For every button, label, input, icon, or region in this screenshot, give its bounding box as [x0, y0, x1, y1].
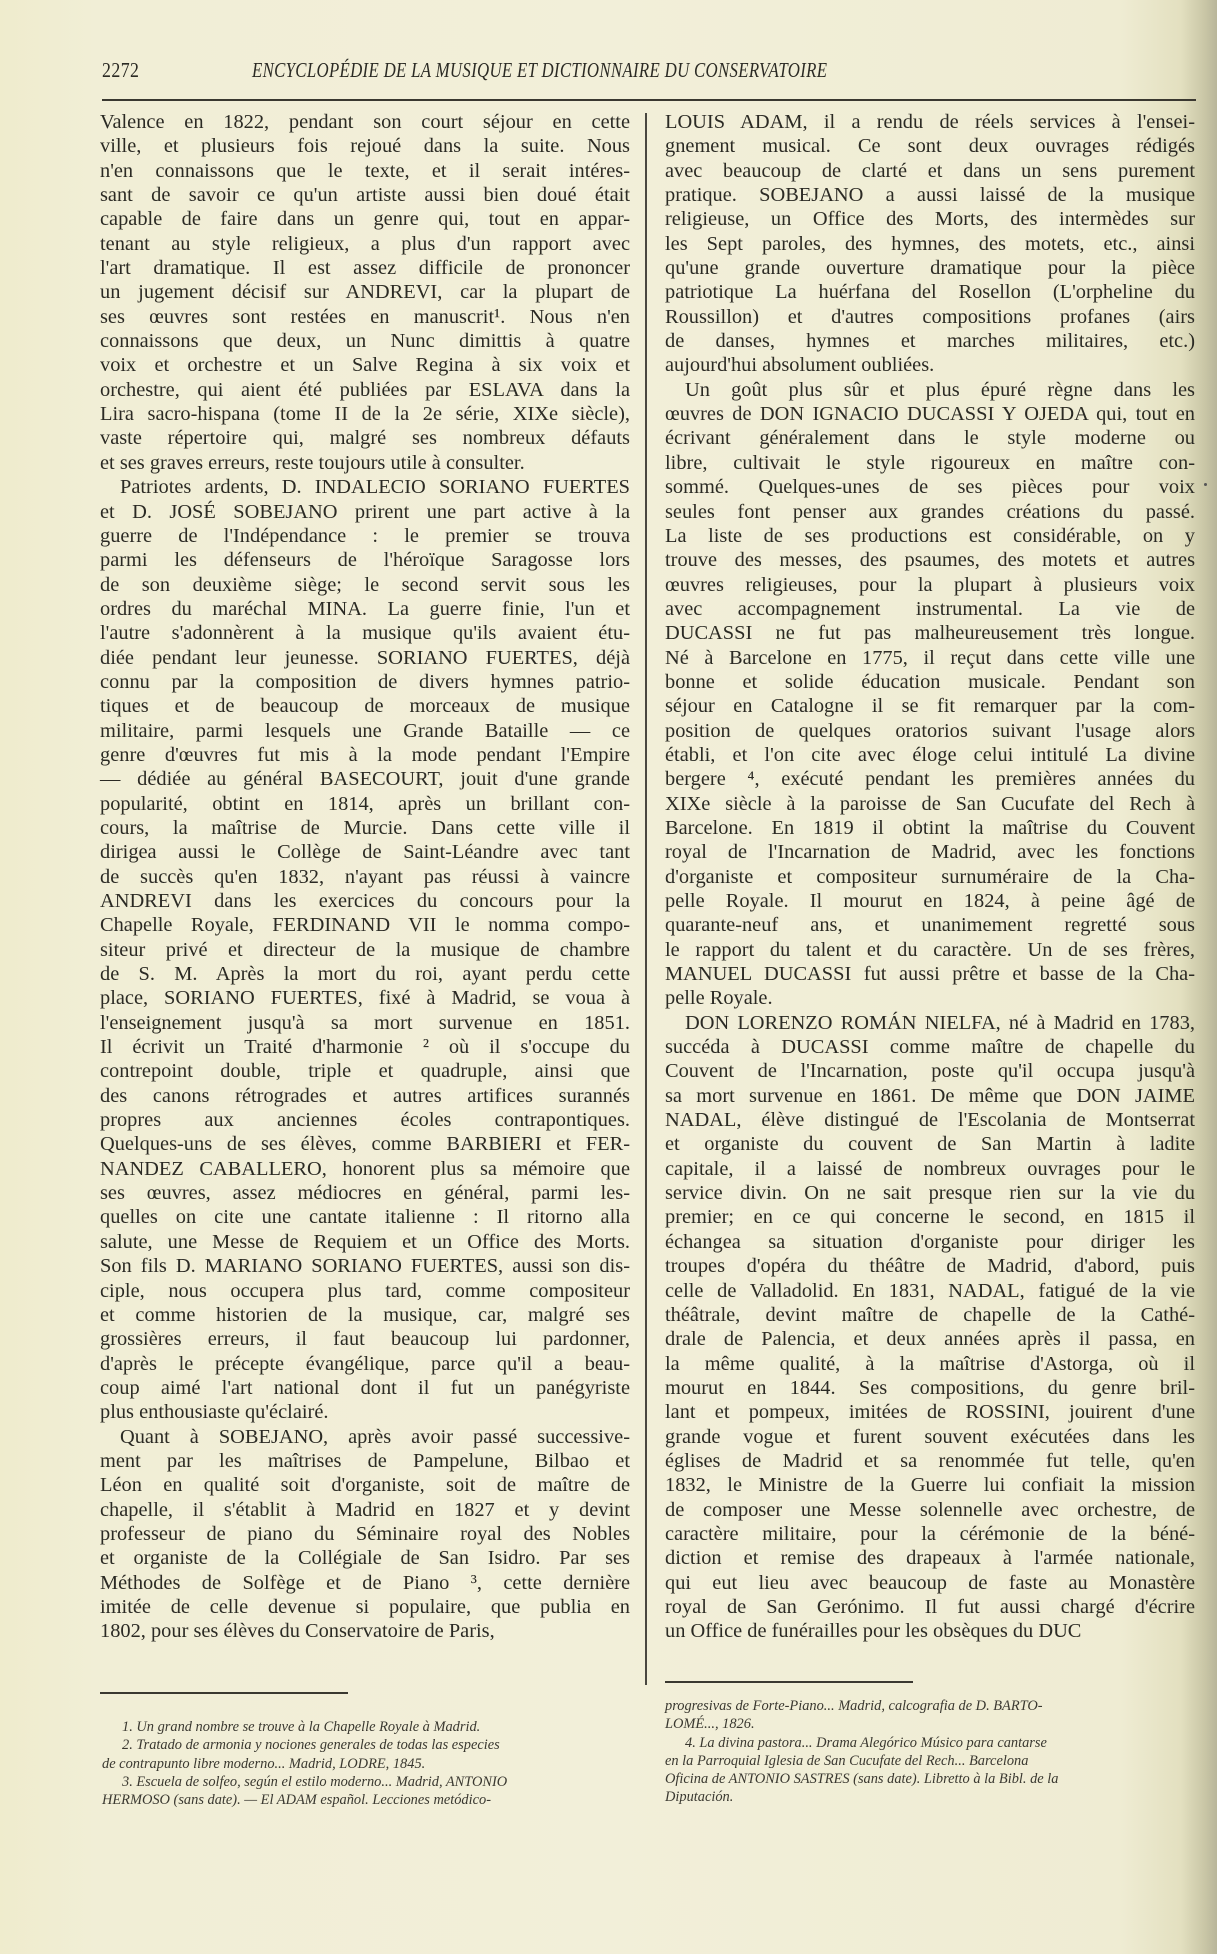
- text-line: Lira sacro-hispana (tome II de la 2e sér…: [100, 402, 630, 426]
- text-line: cours, la maîtrise de Murcie. Dans cette…: [100, 816, 630, 840]
- text-line: établi, et l'on cite avec éloge celui in…: [665, 743, 1195, 767]
- text-line: d'après le précepte évangélique, parce q…: [100, 1352, 630, 1376]
- text-line: orchestre, qui aient été publiées par ES…: [100, 378, 630, 402]
- text-line: de danses, hymnes et marches militaires,…: [665, 329, 1195, 353]
- text-line: premier; en ce qui concerne le second, e…: [665, 1205, 1195, 1229]
- text-line: royal de l'Incarnation de Madrid, avec l…: [665, 840, 1195, 864]
- text-line: ordres du maréchal MINA. La guerre finie…: [100, 597, 630, 621]
- footnote-line: 3. Escuela de solfeo, según el estilo mo…: [102, 1773, 622, 1791]
- text-line: écrivant généralement dans le style mode…: [665, 426, 1195, 450]
- text-line: bergere ⁴, exécuté pendant les premières…: [665, 767, 1195, 791]
- header-rule: [102, 99, 1196, 101]
- text-line: imitée de celle devenue si populaire, qu…: [100, 1595, 630, 1619]
- text-line: grossières erreurs, il faut beaucoup lui…: [100, 1327, 630, 1351]
- text-line: militaire, parmi lesquels une Grande Bat…: [100, 719, 630, 743]
- footnote-line: 2. Tratado de armonia y nociones general…: [102, 1736, 622, 1754]
- text-line: œuvres religieuses, pour la plupart à pl…: [665, 573, 1195, 597]
- text-line: quarante-neuf ans, et unanimement regret…: [665, 913, 1195, 937]
- text-line: Méthodes de Solfège et de Piano ³, cette…: [100, 1571, 630, 1595]
- footnote-rule-left: [100, 1692, 348, 1694]
- text-line: drale de Palencia, et deux années après …: [665, 1327, 1195, 1351]
- text-line: sa mort survenue en 1861. De même que DO…: [665, 1084, 1195, 1108]
- text-line: ses œuvres sont restées en manuscrit¹. N…: [100, 305, 630, 329]
- footnote-line: 1. Un grand nombre se trouve à la Chapel…: [102, 1718, 622, 1736]
- text-line: celle de Valladolid. En 1831, NADAL, fat…: [665, 1279, 1195, 1303]
- text-line: églises de Madrid et sa renommée fut tel…: [665, 1449, 1195, 1473]
- text-line: avec beaucoup de clarté et dans un sens …: [665, 159, 1195, 183]
- text-line: tenant au style religieux, a plus d'un r…: [100, 232, 630, 256]
- text-line: contrepoint double, triple et quadruple,…: [100, 1059, 630, 1083]
- text-line: de succès qu'en 1832, n'ayant pas réussi…: [100, 865, 630, 889]
- text-line: LOUIS ADAM, il a rendu de réels services…: [665, 110, 1195, 134]
- text-line: mourut en 1844. Ses compositions, du gen…: [665, 1376, 1195, 1400]
- text-line: pelle Royale. Il mourut en 1824, à peine…: [665, 889, 1195, 913]
- text-line: œuvres de DON IGNACIO DUCASSI Y OJEDA qu…: [665, 402, 1195, 426]
- text-line: quelles on cite une cantate italienne : …: [100, 1205, 630, 1229]
- text-line: professeur de piano du Séminaire royal d…: [100, 1522, 630, 1546]
- text-line: de son deuxième siège; le second servit …: [100, 573, 630, 597]
- text-line: ses œuvres, assez médiocres en général, …: [100, 1181, 630, 1205]
- text-line: théâtrale, devint maître de chapelle de …: [665, 1303, 1195, 1327]
- text-line: et comme historien de la musique, car, m…: [100, 1303, 630, 1327]
- margin-speck: [1204, 483, 1207, 486]
- text-line: religieuse, un Office des Morts, des int…: [665, 207, 1195, 231]
- text-line: Son fils D. MARIANO SORIANO FUERTES, aus…: [100, 1254, 630, 1278]
- text-line: ciple, nous occupera plus tard, comme co…: [100, 1279, 630, 1303]
- text-line: connaissons que deux, un Nunc dimittis à…: [100, 329, 630, 353]
- text-line: salute, une Messe de Requiem et un Offic…: [100, 1230, 630, 1254]
- text-line: tiques et de beaucoup de morceaux de mus…: [100, 694, 630, 718]
- footnote-rule-right: [665, 1681, 913, 1683]
- text-line: Barcelone. En 1819 il obtint la maîtrise…: [665, 816, 1195, 840]
- left-column: Valence en 1822, pendant son court séjou…: [100, 110, 630, 1644]
- text-line: d'organiste et compositeur surnuméraire …: [665, 865, 1195, 889]
- text-line: vaste répertoire qui, malgré ses nombreu…: [100, 426, 630, 450]
- footnotes-left: 1. Un grand nombre se trouve à la Chapel…: [102, 1718, 622, 1809]
- text-line: place, SORIANO FUERTES, fixé à Madrid, s…: [100, 986, 630, 1010]
- text-line: grande vogue et furent souvent exécutées…: [665, 1425, 1195, 1449]
- text-line: 1802, pour ses élèves du Conservatoire d…: [100, 1619, 630, 1643]
- footnote-line: progresivas de Forte-Piano... Madrid, ca…: [665, 1697, 1185, 1715]
- text-line: popularité, obtint en 1814, après un bri…: [100, 792, 630, 816]
- text-line: dirigea aussi le Collège de Saint-Léandr…: [100, 840, 630, 864]
- text-line: les Sept paroles, des hymnes, des motets…: [665, 232, 1195, 256]
- text-line: Quant à SOBEJANO, après avoir passé succ…: [100, 1425, 630, 1449]
- text-line: un Office de funérailles pour les obsèqu…: [665, 1619, 1195, 1643]
- text-line: DON LORENZO ROMÁN NIELFA, né à Madrid en…: [665, 1011, 1195, 1035]
- text-line: coup aimé l'art national dont il fut un …: [100, 1376, 630, 1400]
- text-line: La liste de ses productions est considér…: [665, 524, 1195, 548]
- footnote-line: Oficina de ANTONIO SASTRES (sans date). …: [665, 1770, 1185, 1788]
- text-line: service divin. On ne sait presque rien s…: [665, 1181, 1195, 1205]
- footnote-line: de contrapunto libre moderno... Madrid, …: [102, 1755, 622, 1773]
- running-head-title: ENCYCLOPÉDIE DE LA MUSIQUE ET DICTIONNAI…: [252, 58, 827, 83]
- text-line: le rapport du talent et du caractère. Un…: [665, 938, 1195, 962]
- text-line: Chapelle Royale, FERDINAND VII le nomma …: [100, 913, 630, 937]
- text-line: Valence en 1822, pendant son court séjou…: [100, 110, 630, 134]
- footnote-line: en la Parroquial Iglesia de San Cucufate…: [665, 1752, 1185, 1770]
- text-line: Né à Barcelone en 1775, il reçut dans ce…: [665, 646, 1195, 670]
- text-line: sommé. Quelques-unes de ses pièces pour …: [665, 475, 1195, 499]
- text-line: pelle Royale.: [665, 986, 1195, 1010]
- text-line: Roussillon) et d'autres compositions pro…: [665, 305, 1195, 329]
- text-line: l'autre s'adonnèrent à la musique qu'ils…: [100, 621, 630, 645]
- text-line: pratique. SOBEJANO a aussi laissé de la …: [665, 183, 1195, 207]
- text-line: n'en connaissons que le texte, et il ser…: [100, 159, 630, 183]
- text-line: succéda à DUCASSI comme maître de chapel…: [665, 1035, 1195, 1059]
- text-line: siteur privé et directeur de la musique …: [100, 938, 630, 962]
- text-line: Léon en qualité soit d'organiste, soit d…: [100, 1473, 630, 1497]
- text-line: avec accompagnement instrumental. La vie…: [665, 597, 1195, 621]
- text-line: la même qualité, à la maîtrise d'Astorga…: [665, 1352, 1195, 1376]
- text-line: aujourd'hui absolument oubliées.: [665, 353, 1195, 377]
- text-line: diction et remise des drapeaux à l'armée…: [665, 1546, 1195, 1570]
- footnote-line: 4. La divina pastora... Drama Alegórico …: [665, 1734, 1185, 1752]
- text-line: parmi les défenseurs de l'héroïque Sarag…: [100, 548, 630, 572]
- text-line: position de quelques oratorios suivant l…: [665, 719, 1195, 743]
- footnote-line: HERMOSO (sans date). — El ADAM español. …: [102, 1791, 622, 1809]
- text-line: NANDEZ CABALLERO, honorent plus sa mémoi…: [100, 1157, 630, 1181]
- text-line: échangea sa situation d'organiste pour d…: [665, 1230, 1195, 1254]
- text-line: sant de savoir ce qu'un artiste aussi bi…: [100, 183, 630, 207]
- text-line: séjour en Catalogne il se fit remarquer …: [665, 694, 1195, 718]
- text-line: de composer une Messe solennelle avec or…: [665, 1498, 1195, 1522]
- text-line: lant et pompeux, imitées de ROSSINI, jou…: [665, 1400, 1195, 1424]
- text-line: DUCASSI ne fut pas malheureusement très …: [665, 621, 1195, 645]
- text-line: l'art dramatique. Il est assez difficile…: [100, 256, 630, 280]
- text-line: Couvent de l'Incarnation, poste qu'il oc…: [665, 1059, 1195, 1083]
- text-line: seules font penser aux grandes créations…: [665, 500, 1195, 524]
- text-line: guerre de l'Indépendance : le premier se…: [100, 524, 630, 548]
- text-line: et ses graves erreurs, reste toujours ut…: [100, 451, 630, 475]
- text-line: 1832, le Ministre de la Guerre lui confi…: [665, 1473, 1195, 1497]
- text-line: troupes d'opéra du théâtre de Madrid, d'…: [665, 1254, 1195, 1278]
- text-line: NADAL, élève distingué de l'Escolania de…: [665, 1108, 1195, 1132]
- text-line: capitale, il a laissé de nombreux ouvrag…: [665, 1157, 1195, 1181]
- text-line: ville, et plusieurs fois rejoué dans la …: [100, 134, 630, 158]
- text-line: gnement musical. Ce sont deux ouvrages r…: [665, 134, 1195, 158]
- text-line: ment par les maîtrises de Pampelune, Bil…: [100, 1449, 630, 1473]
- text-line: plus enthousiaste qu'éclairé.: [100, 1400, 630, 1424]
- text-line: diée pendant leur jeunesse. SORIANO FUER…: [100, 646, 630, 670]
- text-line: qu'une grande ouverture dramatique pour …: [665, 256, 1195, 280]
- text-line: connu par la composition de divers hymne…: [100, 670, 630, 694]
- text-line: Il écrivit un Traité d'harmonie ² où il …: [100, 1035, 630, 1059]
- text-line: et organiste du couvent de San Martin à …: [665, 1132, 1195, 1156]
- text-line: XIXe siècle à la paroisse de San Cucufat…: [665, 792, 1195, 816]
- text-line: Quelques-uns de ses élèves, comme BARBIE…: [100, 1132, 630, 1156]
- text-line: voix et orchestre et un Salve Regina à s…: [100, 353, 630, 377]
- text-line: patriotique La huérfana del Rosellon (L'…: [665, 280, 1195, 304]
- text-line: et D. JOSÉ SOBEJANO prirent une part act…: [100, 500, 630, 524]
- text-line: l'enseignement jusqu'à sa mort survenue …: [100, 1011, 630, 1035]
- text-line: et organiste de la Collégiale de San Isi…: [100, 1546, 630, 1570]
- footnote-line: LOMÉ..., 1826.: [665, 1715, 1185, 1733]
- text-line: royal de San Gerónimo. Il fut aussi char…: [665, 1595, 1195, 1619]
- text-line: ANDREVI dans les exercices du concours p…: [100, 889, 630, 913]
- running-header: 2272 ENCYCLOPÉDIE DE LA MUSIQUE ET DICTI…: [102, 56, 1194, 86]
- text-line: Un goût plus sûr et plus épuré règne dan…: [665, 378, 1195, 402]
- text-line: caractère militaire, pour la cérémonie d…: [665, 1522, 1195, 1546]
- text-line: qui eut lieu avec beaucoup de faste au M…: [665, 1571, 1195, 1595]
- text-line: un jugement décisif sur ANDREVI, car la …: [100, 280, 630, 304]
- text-line: Patriotes ardents, D. INDALECIO SORIANO …: [100, 475, 630, 499]
- right-column: LOUIS ADAM, il a rendu de réels services…: [665, 110, 1195, 1644]
- text-line: propres aux anciennes écoles contraponti…: [100, 1108, 630, 1132]
- text-line: de S. M. Après la mort du roi, ayant per…: [100, 962, 630, 986]
- page-number: 2272: [102, 58, 139, 83]
- text-line: MANUEL DUCASSI fut aussi prêtre et basse…: [665, 962, 1195, 986]
- column-divider: [645, 113, 647, 1685]
- text-line: chapelle, il s'établit à Madrid en 1827 …: [100, 1498, 630, 1522]
- text-line: — dédiée au général BASECOURT, jouit d'u…: [100, 767, 630, 791]
- text-line: capable de faire dans un genre qui, tout…: [100, 207, 630, 231]
- text-line: trouve des messes, des psaumes, des mote…: [665, 548, 1195, 572]
- text-line: genre d'œuvres fut mis à la mode pendant…: [100, 743, 630, 767]
- text-line: bonne et solide éducation musicale. Pend…: [665, 670, 1195, 694]
- text-line: des canons rétrogrades et autres artific…: [100, 1084, 630, 1108]
- text-line: libre, cultivait le style rigoureux en m…: [665, 451, 1195, 475]
- footnotes-right: progresivas de Forte-Piano... Madrid, ca…: [665, 1697, 1185, 1807]
- footnote-line: Diputación.: [665, 1788, 1185, 1806]
